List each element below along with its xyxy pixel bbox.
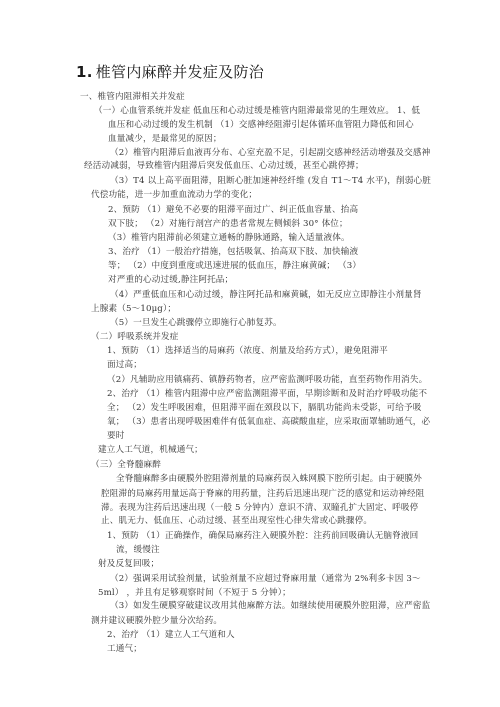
text-line: （3）椎管内阻滞前必须建立通畅的静脉通路，输入适量液体。 — [108, 232, 350, 244]
document-title: 1.椎管内麻醉并发症及防治 — [76, 63, 264, 81]
text-line: 双下肢； （2）对施行剖宫产的患者常规左侧倾斜 30° 体位； — [108, 218, 348, 230]
text-line: （2）凡辅助应用镇痛药、镇静药物者，应严密监测呼吸功能，直至药物作用消失。 — [107, 374, 427, 386]
text-line: 测并建议硬膜外腔少量分次给药。 — [91, 615, 222, 627]
text-line: 止、肌无力、低血压、心动过缓、甚至出现室性心律失常或心跳骤停。 — [101, 515, 372, 527]
text-line: 工通气； — [107, 643, 142, 655]
text-line: 一、椎管内阻滞相关并发症 — [80, 91, 185, 103]
text-line: 要时 — [107, 430, 125, 442]
text-line: 流，缓慢注 — [116, 544, 160, 556]
title-text: 椎管内麻醉并发症及防治 — [96, 63, 264, 81]
text-line: 氧； （3）患者出现呼吸困难伴有低氧血症、高碳酸血症，应采取面罩辅助通气，必 — [107, 416, 430, 428]
text-line: （三）全脊髓麻醉 — [91, 459, 161, 471]
text-line: 2、预防 （1）避免不必要的阻滞平面过广、纠正低血容量、抬高 — [108, 204, 358, 216]
text-line: 2、治疗 （1）椎管内阻滞中应严密监测阻滞平面，早期诊断和及时治疗呼吸功能不 — [107, 388, 427, 400]
text-line: 腔阻滞的局麻药用量远高于脊麻的用药量，注药后迅速出现广泛的感觉和运动神经阻 — [101, 488, 425, 500]
text-line: 面过高； — [107, 359, 142, 371]
text-line: （4）严重低血压和心动过缓，静注阿托品和麻黄碱，如无反应立即静注小剂量肾 — [110, 289, 422, 301]
text-line: 等； （2）中度到重度或迅速进展的低血压，静注麻黄碱； （3） — [108, 260, 361, 272]
text-line: 代偿功能，进一步加重血流动力学的变化； — [91, 189, 257, 201]
text-line: （3）如发生硬膜穿破建议改用其他麻醉方法。如继续使用硬膜外腔阻滞，应严密监 — [110, 600, 430, 612]
text-line: （一）心血管系统并发症 低血压和心动过缓是椎管内阻滞最常见的生理效应。 1、低 — [94, 105, 420, 117]
text-line: 建立人工气道，机械通气； — [98, 444, 203, 456]
text-line: 上腺素（5～10μg）； — [91, 303, 176, 315]
text-line: 1、预防 （1）选择适当的局麻药（浓度、剂量及给药方式），避免阻滞平 — [107, 345, 388, 357]
text-line: （二）呼吸系统并发症 — [91, 331, 178, 343]
text-line: （2）强调采用试验剂量，试验剂量不应超过脊麻用量（通常为 2%利多卡因 3～ — [110, 573, 421, 585]
text-line: 3、治疗 （1）一般治疗措施，包括吸氧、抬高双下肢、加快输液 — [108, 246, 358, 258]
text-line: 对严重的心动过缓,静注阿托品； — [108, 274, 233, 286]
text-line: 1、预防 （1）正确操作，确保局麻药注入硬膜外腔：注药前回吸确认无脑脊液回 — [107, 530, 418, 542]
document-page: 1.椎管内麻醉并发症及防治 一、椎管内阻滞相关并发症（一）心血管系统并发症 低血… — [0, 0, 500, 707]
text-line: （3）T4 以上高平面阻滞，阻断心脏加速神经纤维 (发自 T1～T4 水平)，削… — [110, 175, 431, 187]
text-line: 滞。表现为注药后迅速出现（一般 5 分钟内）意识不清、双瞳孔扩大固定、呼吸停 — [101, 502, 418, 514]
text-line: 血量减少，是最常见的原因； — [108, 133, 222, 145]
text-line: 经活动减弱，导致椎管内阻滞后突发低血压、心动过缓，甚至心跳停搏； — [84, 160, 364, 172]
text-line: 血压和心动过缓的发生机制 （1）交感神经阻滞引起体循环血管阻力降低和回心 — [108, 119, 414, 131]
text-line: 全脊髓麻醉多由硬膜外腔阻滞剂量的局麻药误入蛛网膜下腔所引起。由于硬膜外 — [116, 473, 422, 485]
text-line: 5ml） ，并且有足够观察时间（不短于 5 分钟）； — [98, 587, 291, 599]
text-line: 射及反复回吸； — [98, 558, 159, 570]
text-line: 全； （2）发生呼吸困难，但阻滞平面在颈段以下，膈肌功能尚未受影，可给予吸 — [107, 402, 422, 414]
text-line: （2）椎管内阻滞后血液再分布、心室充盈不足，引起副交感神经活动增强及交感神 — [110, 147, 430, 159]
title-number: 1. — [76, 63, 93, 81]
text-line: （5）一旦发生心跳骤停立即施行心肺复苏。 — [110, 317, 282, 329]
text-line: 2、治疗 （1）建立人工气道和人 — [107, 629, 235, 641]
